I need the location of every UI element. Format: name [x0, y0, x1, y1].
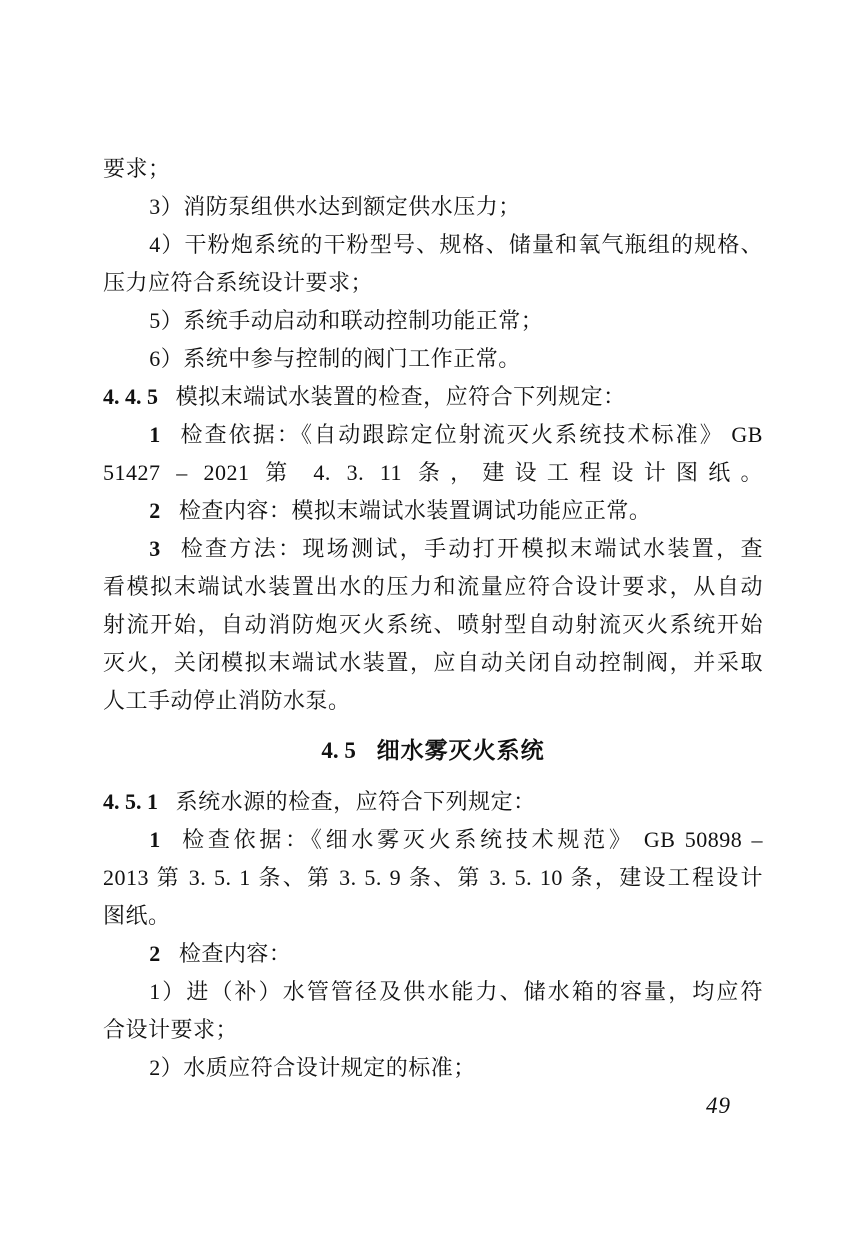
list-item-5: 5）系统手动启动和联动控制功能正常；	[103, 302, 763, 340]
page-number: 49	[103, 1087, 763, 1125]
clause-number: 4. 5. 1	[103, 789, 158, 814]
list-item-2: 2）水质应符合设计规定的标准；	[103, 1049, 763, 1087]
page-body: 要求； 3）消防泵组供水达到额定供水压力； 4）干粉炮系统的干粉型号、规格、储量…	[103, 150, 763, 1125]
subclause-number: 3	[149, 536, 160, 561]
subclause-3: 3检查方法：现场测试，手动打开模拟末端试水装置，查	[103, 530, 763, 568]
text-line: 灭火，关闭模拟末端试水装置，应自动关闭自动控制阀，并采取	[103, 644, 763, 682]
subclause-text: 检查方法：现场测试，手动打开模拟末端试水装置，查	[179, 536, 763, 561]
subclause-number: 1	[149, 422, 160, 447]
subclause-2: 2检查内容：	[103, 935, 763, 973]
text-line: 图纸。	[103, 897, 763, 935]
section-number: 4. 5	[321, 738, 356, 763]
clause-text: 系统水源的检查，应符合下列规定：	[176, 789, 536, 814]
section-heading-4-5: 4. 5细水雾灭火系统	[103, 731, 763, 769]
subclause-1: 1检查依据：《自动跟踪定位射流灭火系统技术标准》 GB	[103, 416, 763, 454]
subclause-number: 2	[149, 941, 160, 966]
list-item-3: 3）消防泵组供水达到额定供水压力；	[103, 188, 763, 226]
text-line: 射流开始，自动消防炮灭火系统、喷射型自动射流灭火系统开始	[103, 606, 763, 644]
subclause-number: 2	[149, 498, 160, 523]
clause-text: 模拟末端试水装置的检查，应符合下列规定：	[176, 384, 626, 409]
subclause-text: 检查依据：《细水雾灭火系统技术规范》 GB 50898 –	[179, 827, 763, 852]
text-line: 要求；	[103, 150, 763, 188]
section-title: 细水雾灭火系统	[377, 737, 545, 763]
list-item-4: 4）干粉炮系统的干粉型号、规格、储量和氧气瓶组的规格、	[103, 226, 763, 264]
text-line: 压力应符合系统设计要求；	[103, 264, 763, 302]
list-item-6: 6）系统中参与控制的阀门工作正常。	[103, 340, 763, 378]
clause-4-5-1: 4. 5. 1系统水源的检查，应符合下列规定：	[103, 783, 763, 821]
subclause-text: 检查内容：	[179, 941, 292, 966]
subclause-number: 1	[149, 827, 160, 852]
subclause-text: 检查依据：《自动跟踪定位射流灭火系统技术标准》 GB	[179, 422, 763, 447]
document-page: 要求； 3）消防泵组供水达到额定供水压力； 4）干粉炮系统的干粉型号、规格、储量…	[0, 0, 863, 1235]
text-line: 人工手动停止消防水泵。	[103, 682, 763, 720]
list-item-1: 1）进（补）水管管径及供水能力、储水箱的容量，均应符	[103, 973, 763, 1011]
text-line: 51427 – 2021 第 4. 3. 11 条，建设工程设计图纸。	[103, 454, 763, 492]
subclause-2: 2检查内容：模拟末端试水装置调试功能应正常。	[103, 492, 763, 530]
subclause-text: 检查内容：模拟末端试水装置调试功能应正常。	[179, 498, 652, 523]
clause-number: 4. 4. 5	[103, 384, 158, 409]
clause-4-4-5: 4. 4. 5模拟末端试水装置的检查，应符合下列规定：	[103, 378, 763, 416]
subclause-1: 1检查依据：《细水雾灭火系统技术规范》 GB 50898 –	[103, 821, 763, 859]
text-line: 2013 第 3. 5. 1 条、第 3. 5. 9 条、第 3. 5. 10 …	[103, 859, 763, 897]
text-line: 看模拟末端试水装置出水的压力和流量应符合设计要求，从自动	[103, 568, 763, 606]
text-line: 合设计要求；	[103, 1011, 763, 1049]
